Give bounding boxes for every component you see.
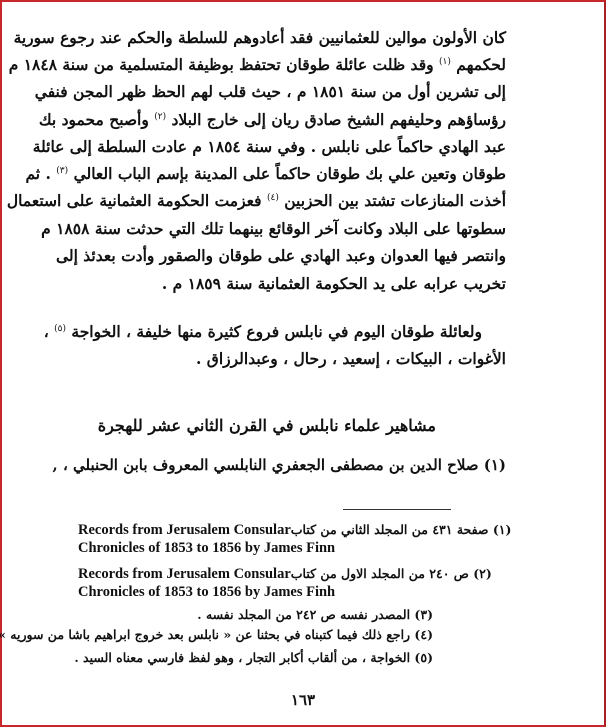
text: وانتصر فيها العدوان وعبد الهادي على طوقا… [56,246,506,265]
text: تخريب عرابه على يد الحكومة العثمانية سنة… [162,274,506,293]
body-line: إلى تشرين أول من سنة ١٨٥١ م ، حيث قلب له… [78,82,506,102]
section-title: مشاهير علماء نابلس في القرن الثاني عشر ل… [98,416,436,435]
text: كان الأولون موالين للعثمانيين فقد أعادوه… [14,28,506,47]
body-line: الأغوات ، البيكات ، إسعيد ، رحال ، وعبدا… [78,349,506,369]
footnote-separator [343,509,451,510]
body-line: رؤساؤهم وحليفهم الشيخ صادق ريان إلى خارج… [78,110,506,130]
text: إلى تشرين أول من سنة ١٨٥١ م ، حيث قلب له… [35,82,506,101]
body-line: تخريب عرابه على يد الحكومة العثمانية سنة… [78,274,506,294]
text: وأصبح محمود بك [39,110,149,129]
text: . ثم [25,164,50,183]
footnote-en-text: Records from Jerusalem Consular [78,566,291,582]
body-line: كان الأولون موالين للعثمانيين فقد أعادوه… [78,28,506,48]
footnote-ref[interactable]: (١) [439,57,451,67]
footnote-1-continued: Chronicles of 1853 to 1856 by James Finn [78,540,335,556]
footnote-ref[interactable]: (٣) [56,166,68,176]
text: ، [44,322,49,341]
body-line: ولعائلة طوقان اليوم في نابلس فروع كثيرة … [78,322,506,342]
footnote-2: Records from Jerusalem Consular (٢) ص ٢٤… [78,566,433,582]
footnote-ar-text: (٢) ص ٢٤٠ من المجلد الاول من كتاب [291,566,492,582]
body-line: سطوتها على البلاد وكانت آخر الوقائع بينه… [78,219,506,239]
footnote-ref[interactable]: (٢) [154,112,166,122]
text: عبد الهادي حاكماً على نابلس . وفي سنة ١٨… [33,137,506,156]
footnote-ref[interactable]: (٤) [267,193,279,203]
text: وقد ظلت عائلة طوقان تحتفظ بوظيفة المتسلم… [9,55,434,74]
body-line: وانتصر فيها العدوان وعبد الهادي على طوقا… [78,246,506,266]
footnote-4: (٤) راجع ذلك فيما كتبناه في بحثنا عن « ن… [0,627,433,643]
text: أخذت المنازعات تشتد بين الحزبين [284,191,506,210]
footnote-ar-text: (١) صفحة ٤٣١ من المجلد الثاني من كتاب [291,522,512,538]
page-number: ١٦٣ [0,691,606,709]
text: طوقان وتعين علي بك طوقان حاكماً على المد… [74,164,506,183]
body-line: طوقان وتعين علي بك طوقان حاكماً على المد… [78,164,506,184]
text: الأغوات ، البيكات ، إسعيد ، رحال ، وعبدا… [196,349,506,368]
footnote-en-text: Records from Jerusalem Consular [78,522,291,538]
footnote-5: (٥) الخواجة ، من ألقاب أكابر التجار ، وه… [74,650,433,666]
list-item: (١) صلاح الدين بن مصطفى الجعفري النابلسي… [53,456,507,474]
text: فعزمت الحكومة العثمانية على استعمال [7,191,262,210]
body-line: لحكمهم (١) وقد ظلت عائلة طوقان تحتفظ بوظ… [78,55,506,75]
text: سطوتها على البلاد وكانت آخر الوقائع بينه… [41,219,506,238]
text: ولعائلة طوقان اليوم في نابلس فروع كثيرة … [71,322,482,341]
text: رؤساؤهم وحليفهم الشيخ صادق ريان إلى خارج… [172,110,506,129]
footnote-1: Records from Jerusalem Consular (١) صفحة… [78,522,433,538]
footnote-3: (٣) المصدر نفسه ص ٢٤٢ من المجلد نفسه . [197,607,433,623]
document-page: كان الأولون موالين للعثمانيين فقد أعادوه… [0,0,606,727]
footnote-2-continued: Chronicles of 1853 to 1856 by James Finh [78,584,335,600]
body-line: عبد الهادي حاكماً على نابلس . وفي سنة ١٨… [78,137,506,157]
footnote-ref[interactable]: (٥) [54,324,66,334]
body-line: أخذت المنازعات تشتد بين الحزبين (٤) فعزم… [78,191,506,211]
text: لحكمهم [456,55,506,74]
